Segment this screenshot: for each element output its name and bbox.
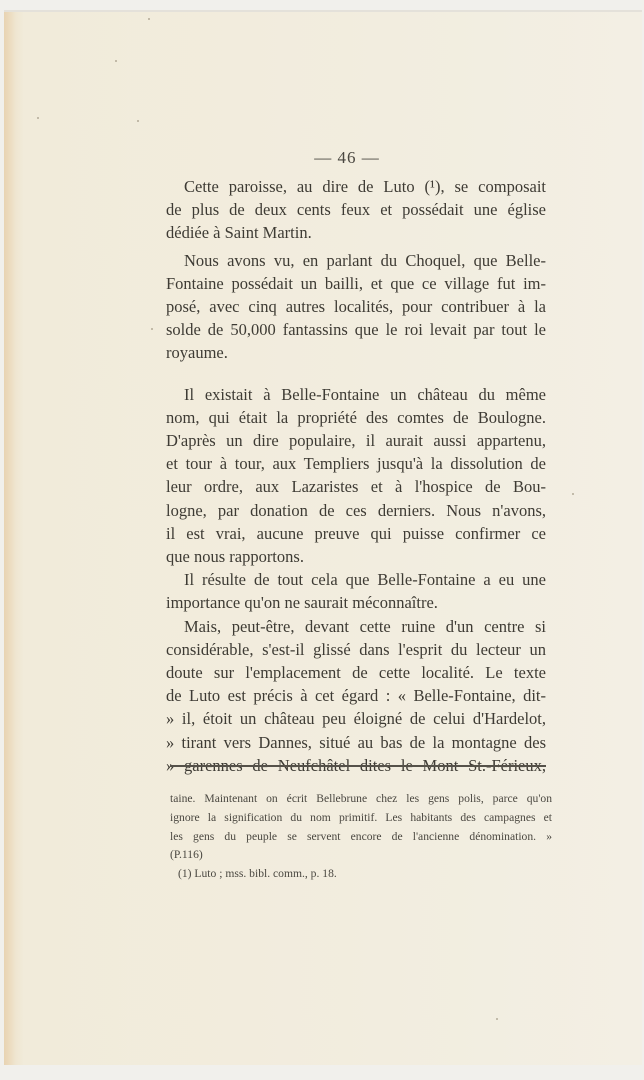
paper-speck: [148, 18, 150, 20]
text-line: logne, par donation de ces derniers. Nou…: [166, 499, 546, 522]
paragraph-4: Il résulte de tout cela que Belle-Fontai…: [166, 568, 546, 614]
footnote-separator-rule: [170, 765, 546, 767]
text-line: royaume.: [166, 341, 546, 364]
text-line: » il, étoit un château peu éloigné de ce…: [166, 707, 546, 730]
paper-speck: [572, 493, 574, 495]
text-line: doute sur l'emplacement de cette localit…: [166, 661, 546, 684]
text-line: Il résulte de tout cela que Belle-Fontai…: [166, 568, 546, 591]
paper-speck: [151, 328, 153, 330]
text-line: et tour à tour, aux Templiers jusqu'à la…: [166, 452, 546, 475]
footnote-reference: (1) Luto ; mss. bibl. comm., p. 18.: [170, 865, 552, 884]
footnote-line: les gens du peuple se servent encore de …: [170, 828, 552, 847]
paper-speck: [115, 60, 117, 62]
text-line: » tirant vers Dannes, situé au bas de la…: [166, 731, 546, 754]
text-line: Nous avons vu, en parlant du Choquel, qu…: [166, 249, 546, 272]
page-number: — 46 —: [0, 148, 644, 168]
page-number-text: — 46 —: [314, 148, 380, 167]
paper-speck: [496, 1018, 498, 1020]
paragraph-gap: [166, 365, 546, 383]
paper-speck: [37, 117, 39, 119]
footnote-line: ignore la signification du nom primitif.…: [170, 809, 552, 828]
text-line: de plus de deux cents feux et possédait …: [166, 198, 546, 221]
text-line: Il existait à Belle-Fontaine un château …: [166, 383, 546, 406]
footnote-line: (P.116): [170, 846, 552, 865]
text-line: leur ordre, aux Lazaristes et à l'hospic…: [166, 475, 546, 498]
text-line: Cette paroisse, au dire de Luto (¹), se …: [166, 175, 546, 198]
body-text: Cette paroisse, au dire de Luto (¹), se …: [166, 175, 546, 777]
text-line: dédiée à Saint Martin.: [166, 221, 546, 244]
text-line: que nous rapportons.: [166, 545, 546, 568]
footnote-line: taine. Maintenant on écrit Bellebrune ch…: [170, 790, 552, 809]
text-line: il est vrai, aucune preuve qui puisse co…: [166, 522, 546, 545]
text-line: Mais, peut-être, devant cette ruine d'un…: [166, 615, 546, 638]
text-line: importance qu'on ne saurait méconnaître.: [166, 591, 546, 614]
text-line: solde de 50,000 fantassins que le roi le…: [166, 318, 546, 341]
text-line: considérable, s'est-il glissé dans l'esp…: [166, 638, 546, 661]
footnotes: taine. Maintenant on écrit Bellebrune ch…: [170, 790, 552, 884]
text-line: de Luto est précis à cet égard : « Belle…: [166, 684, 546, 707]
text-line: Fontaine possédait un bailli, et que ce …: [166, 272, 546, 295]
text-line: D'après un dire populaire, il aurait aus…: [166, 429, 546, 452]
paragraph-1: Cette paroisse, au dire de Luto (¹), se …: [166, 175, 546, 245]
paragraph-2: Nous avons vu, en parlant du Choquel, qu…: [166, 249, 546, 365]
paper-speck: [137, 120, 139, 122]
text-line: nom, qui était la propriété des comtes d…: [166, 406, 546, 429]
paragraph-3: Il existait à Belle-Fontaine un château …: [166, 383, 546, 569]
paragraph-5: Mais, peut-être, devant cette ruine d'un…: [166, 615, 546, 777]
text-line: posé, avec cinq autres localités, pour c…: [166, 295, 546, 318]
